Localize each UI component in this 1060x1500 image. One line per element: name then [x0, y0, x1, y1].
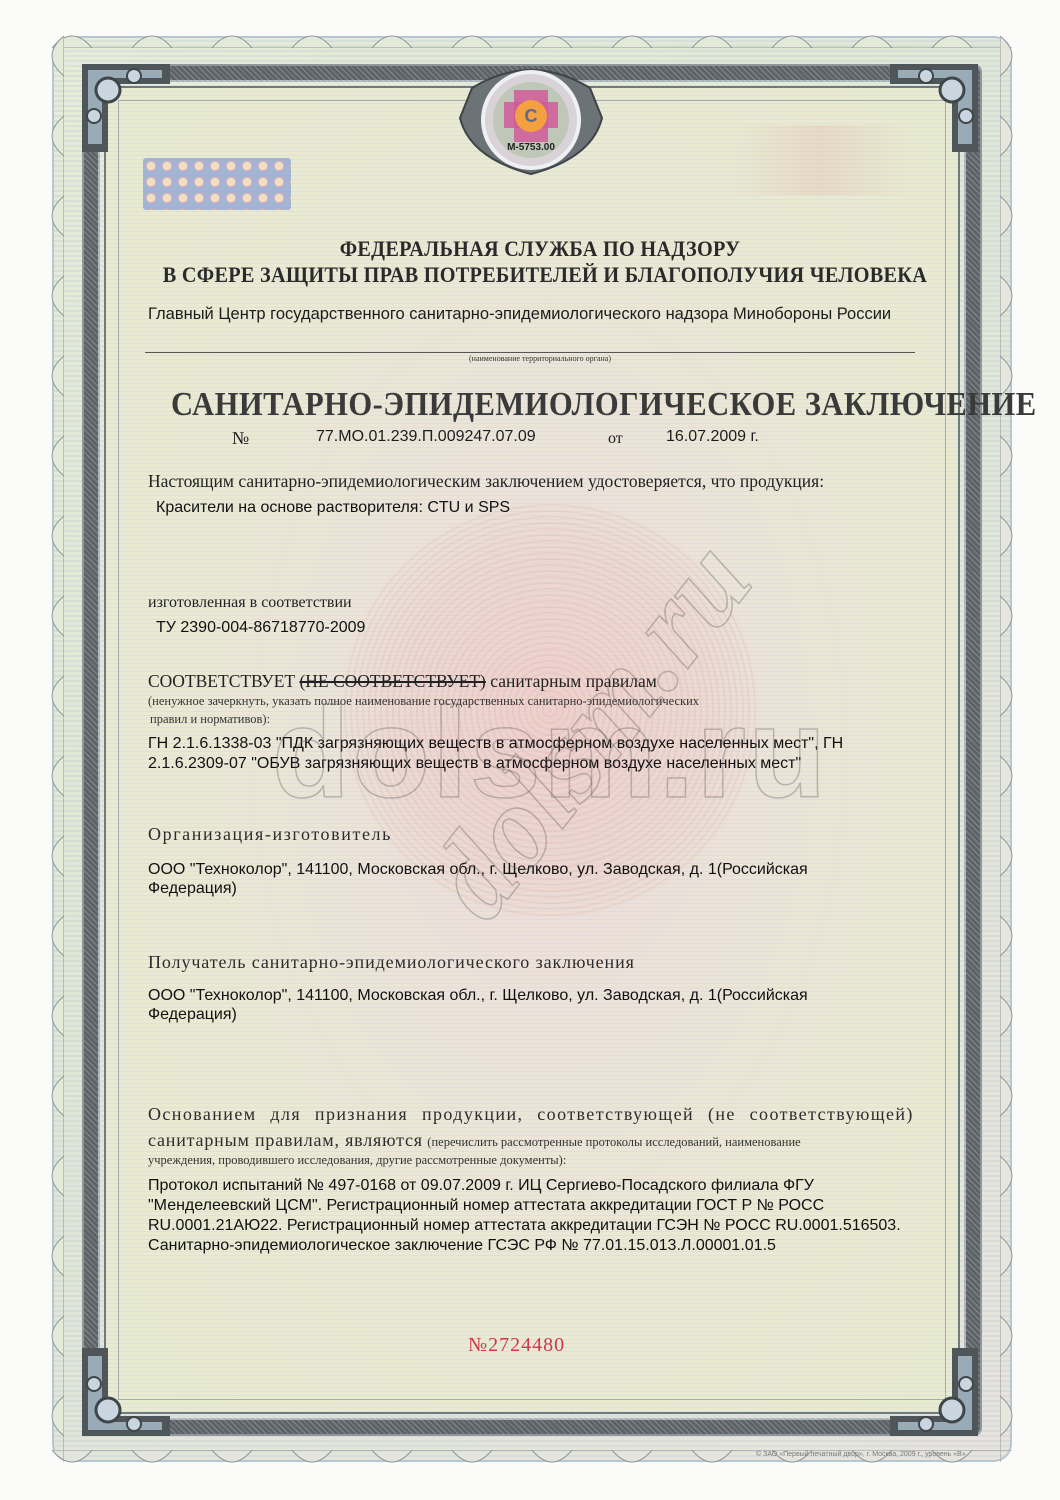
- technical-spec: ТУ 2390-004-86718770-2009: [156, 619, 365, 637]
- basis-line-2: "Менделеевский ЦСМ". Регистрационный ном…: [148, 1197, 824, 1215]
- basis-line-1: Протокол испытаний № 497-0168 от 09.07.2…: [148, 1177, 814, 1195]
- corner-ornament-bottom-right: [886, 1344, 982, 1440]
- manufacturer-label: Организация-изготовитель: [148, 824, 392, 845]
- number-label: №: [232, 428, 249, 449]
- complies-text: СООТВЕТСТВУЕТ: [148, 671, 295, 691]
- recipient-address-line-2: Федерация): [148, 1006, 237, 1024]
- compliance-note-line-1: (ненужное зачеркнуть, указать полное наи…: [148, 694, 699, 709]
- recipient-address-line-1: ООО "Техноколор", 141100, Московская обл…: [148, 987, 808, 1005]
- basis-heading-main: санитарным правилам, являются: [148, 1130, 423, 1150]
- svg-text:C: C: [525, 106, 538, 126]
- basis-line-3: RU.0001.21АЮ22. Регистрационный номер ат…: [148, 1217, 901, 1235]
- guilloche-rosette: [340, 500, 760, 920]
- scalloped-edge-top: [52, 24, 1012, 48]
- security-tint-pattern: [730, 125, 910, 195]
- compliance-note-line-2: правил и нормативов):: [150, 712, 270, 727]
- basis-heading-line-2: санитарным правилам, являются (перечисли…: [148, 1130, 801, 1151]
- recipient-label: Получатель санитарно-эпидемиологического…: [148, 952, 635, 973]
- printer-imprint: © ЗАО «Первый печатный двор», г. Москва,…: [756, 1451, 966, 1458]
- corner-ornament-bottom-left: [78, 1344, 174, 1440]
- basis-line-4: Санитарно-эпидемиологическое заключение …: [148, 1237, 776, 1255]
- compliance-tail: санитарным правилам: [490, 671, 657, 691]
- date-label: от: [608, 430, 623, 448]
- basis-heading-note: (перечислить рассмотренные протоколы исс…: [427, 1135, 800, 1149]
- document-number: 77.МО.01.239.П.009247.07.09: [316, 428, 536, 446]
- scalloped-edge-right: [1000, 36, 1024, 1462]
- basis-heading-line-1: Основанием для признания продукции, соот…: [148, 1104, 918, 1125]
- manufacturer-address-line-2: Федерация): [148, 880, 237, 898]
- manufactured-label: изготовленная в соответствии: [148, 594, 352, 612]
- emblem-code: M-5753.00: [507, 142, 555, 153]
- territorial-body-name: Главный Центр государственного санитарно…: [148, 305, 891, 324]
- manufacturer-address-line-1: ООО "Техноколор", 141100, Московская обл…: [148, 861, 808, 879]
- sanitary-rules-line-2: 2.1.6.2309-07 "ОБУВ загрязняющих веществ…: [148, 755, 801, 773]
- compliance-statement: СООТВЕТСТВУЕТ (НЕ СООТВЕТСТВУЕТ) санитар…: [148, 671, 657, 692]
- sanitary-rules-line-1: ГН 2.1.6.1338-03 "ПДК загрязняющих вещес…: [148, 735, 843, 753]
- territorial-body-underline: [145, 352, 915, 353]
- document-title: САНИТАРНО-ЭПИДЕМИОЛОГИЧЕСКОЕ ЗАКЛЮЧЕНИЕ: [171, 386, 909, 424]
- product-intro: Настоящим санитарно-эпидемиологическим з…: [148, 471, 824, 492]
- product-name: Красители на основе растворителя: CTU и …: [156, 499, 510, 517]
- scalloped-edge-left: [40, 36, 64, 1462]
- not-complies-struck-text: (НЕ СООТВЕТСТВУЕТ): [299, 671, 485, 691]
- corner-ornament-top-left: [78, 60, 174, 156]
- hologram-emblem: C M-5753.00: [452, 58, 610, 176]
- security-microprint-pattern: [143, 158, 291, 210]
- agency-name-line-1: ФЕДЕРАЛЬНАЯ СЛУЖБА ПО НАДЗОРУ: [163, 236, 917, 262]
- document-date: 16.07.2009 г.: [666, 428, 759, 446]
- basis-heading-note-line-2: учреждения, проводившего исследования, д…: [148, 1153, 566, 1168]
- agency-name-line-2: В СФЕРЕ ЗАЩИТЫ ПРАВ ПОТРЕБИТЕЛЕЙ И БЛАГО…: [163, 262, 917, 288]
- territorial-body-caption: (наименование территориального органа): [130, 354, 950, 363]
- form-serial-number: №2724480: [468, 1334, 565, 1357]
